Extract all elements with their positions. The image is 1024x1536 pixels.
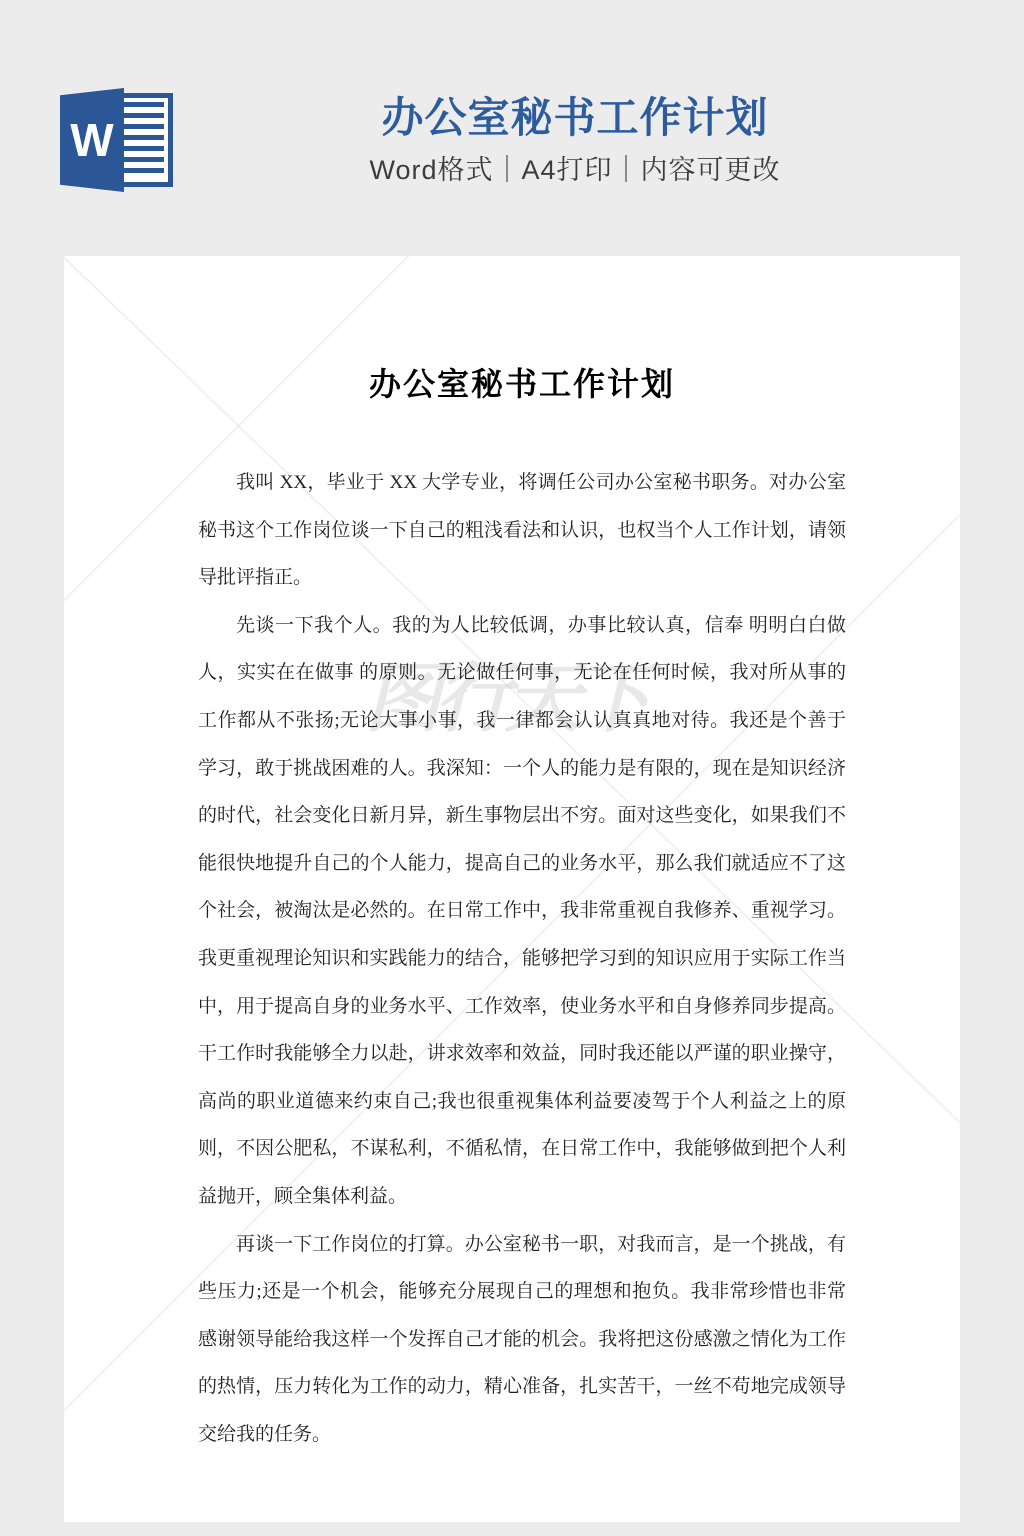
document-title: 办公室秘书工作计划 (198, 362, 846, 406)
document-page: 图行天下 办公室秘书工作计划 我叫 XX，毕业于 XX 大学专业，将调任公司办公… (64, 256, 960, 1522)
screenshot-root: W 办公室秘书工作计划 Word格式｜A4打印｜内容可更改 图行天下 办公室秘书… (0, 0, 1024, 1536)
document-paragraph: 再谈一下工作岗位的打算。办公室秘书一职，对我而言，是一个挑战，有些压力;还是一个… (198, 1221, 846, 1459)
document-paragraph: 先谈一下我个人。我的为人比较低调，办事比较认真，信奉 明明白白做人，实实在在做事… (198, 602, 846, 1221)
header-text: 办公室秘书工作计划 Word格式｜A4打印｜内容可更改 (126, 94, 1024, 185)
document-body: 我叫 XX，毕业于 XX 大学专业，将调任公司办公室秘书职务。对办公室秘书这个工… (198, 459, 846, 1458)
header-subtitle: Word格式｜A4打印｜内容可更改 (126, 155, 1024, 185)
header-title: 办公室秘书工作计划 (126, 94, 1024, 142)
word-icon-letter: W (70, 117, 113, 163)
header: W 办公室秘书工作计划 Word格式｜A4打印｜内容可更改 (0, 0, 1024, 256)
word-icon-w-slab: W (60, 88, 124, 192)
document-paragraph: 我叫 XX，毕业于 XX 大学专业，将调任公司办公室秘书职务。对办公室秘书这个工… (198, 459, 846, 602)
document-content: 办公室秘书工作计划 我叫 XX，毕业于 XX 大学专业，将调任公司办公室秘书职务… (64, 256, 960, 1458)
